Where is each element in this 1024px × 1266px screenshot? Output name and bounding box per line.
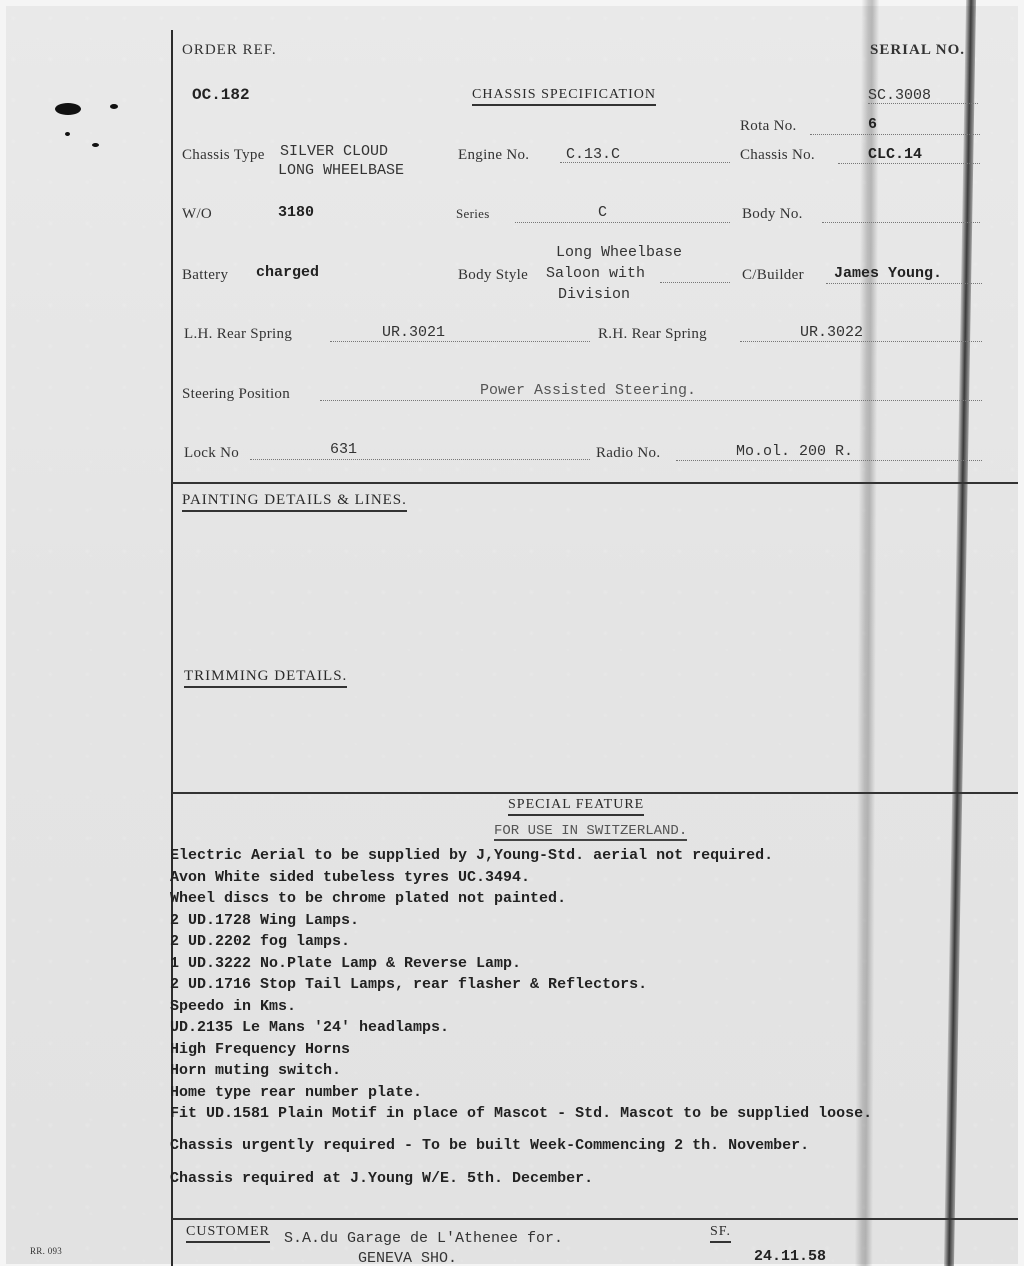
customer-value-2: GENEVA SHO. (358, 1250, 457, 1266)
customer-value-1: S.A.du Garage de L'Athenee for. (284, 1230, 563, 1247)
section-divider (172, 792, 1018, 794)
dotted-line (810, 134, 980, 135)
dotted-line (826, 283, 982, 284)
special-note: Chassis required at J.Young W/E. 5th. De… (170, 1168, 1010, 1190)
special-note: Chassis urgently required - To be built … (170, 1135, 1010, 1157)
c-builder-label: C/Builder (742, 267, 804, 284)
body-no-label: Body No. (742, 206, 803, 223)
special-line: 2 UD.1716 Stop Tail Lamps, rear flasher … (170, 974, 1010, 996)
dotted-line (320, 400, 982, 401)
battery-value: charged (256, 264, 319, 281)
rh-rear-spring-value: UR.3022 (800, 324, 863, 341)
painting-heading: PAINTING DETAILS & LINES. (182, 492, 407, 512)
special-line: 2 UD.2202 fog lamps. (170, 931, 1010, 953)
steering-position-label: Steering Position (182, 386, 290, 403)
trimming-heading: TRIMMING DETAILS. (184, 668, 347, 688)
ink-smudge (92, 143, 99, 147)
dotted-line (838, 163, 980, 164)
dotted-line (560, 162, 730, 163)
wo-value: 3180 (278, 204, 314, 221)
serial-value: SC.3008 (868, 87, 931, 104)
lock-no-label: Lock No (184, 445, 239, 462)
serial-label: SERIAL No. (870, 42, 965, 59)
body-style-value-2: Saloon with (546, 265, 645, 282)
special-feature-subheading: FOR USE IN SWITZERLAND. (494, 823, 687, 841)
chassis-type-label: Chassis Type (182, 147, 265, 164)
c-builder-value: James Young. (834, 265, 942, 282)
order-ref-label: ORDER REF. (182, 42, 277, 59)
rota-label: Rota No. (740, 118, 797, 135)
lock-no-value: 631 (330, 441, 357, 458)
dotted-line (868, 103, 978, 104)
series-value: C (598, 204, 607, 221)
rota-value: 6 (868, 116, 877, 133)
dotted-line (330, 341, 590, 342)
dotted-line (660, 282, 730, 283)
chassis-no-value: CLC.14 (868, 146, 922, 163)
ink-smudge (65, 132, 70, 136)
lh-rear-spring-value: UR.3021 (382, 324, 445, 341)
chassis-type-value-1: SILVER CLOUD (280, 143, 388, 160)
engine-no-value: C.13.C (566, 146, 620, 163)
special-line: 1 UD.3222 No.Plate Lamp & Reverse Lamp. (170, 953, 1010, 975)
date-value: 24.11.58 (754, 1248, 826, 1265)
rh-rear-spring-label: R.H. Rear Spring (598, 326, 707, 343)
section-divider (172, 482, 1018, 484)
body-style-value-3: Division (558, 286, 630, 303)
series-label: Series (456, 206, 490, 222)
dotted-line (676, 460, 982, 461)
special-line: Wheel discs to be chrome plated not pain… (170, 888, 1010, 910)
customer-label: CUSTOMER (186, 1224, 270, 1243)
body-style-value-1: Long Wheelbase (556, 244, 682, 261)
special-line: High Frequency Horns (170, 1039, 1010, 1061)
special-line: Speedo in Kms. (170, 996, 1010, 1018)
special-line: Avon White sided tubeless tyres UC.3494. (170, 867, 1010, 889)
battery-label: Battery (182, 267, 228, 284)
radio-no-label: Radio No. (596, 445, 660, 462)
dotted-line (250, 459, 590, 460)
dotted-line (740, 341, 982, 342)
special-line: UD.2135 Le Mans '24' headlamps. (170, 1017, 1010, 1039)
sf-label: SF. (710, 1224, 731, 1243)
radio-no-value: Mo.ol. 200 R. (736, 443, 853, 460)
special-line: Electric Aerial to be supplied by J,Youn… (170, 845, 1010, 867)
wo-label: W/O (182, 206, 212, 223)
page-title: CHASSIS SPECIFICATION (472, 87, 656, 106)
form-code: RR. 093 (30, 1246, 62, 1256)
order-ref-value: OC.182 (192, 86, 250, 104)
special-line: Horn muting switch. (170, 1060, 1010, 1082)
special-line: Fit UD.1581 Plain Motif in place of Masc… (170, 1103, 1010, 1125)
body-style-label: Body Style (458, 267, 528, 284)
lh-rear-spring-label: L.H. Rear Spring (184, 326, 292, 343)
chassis-no-label: Chassis No. (740, 147, 815, 164)
special-line: 2 UD.1728 Wing Lamps. (170, 910, 1010, 932)
dotted-line (822, 222, 980, 223)
section-divider (172, 1218, 1018, 1220)
engine-no-label: Engine No. (458, 147, 529, 164)
special-feature-heading: SPECIAL FEATURE (508, 797, 644, 816)
special-feature-list: Electric Aerial to be supplied by J,Youn… (170, 845, 1010, 1190)
steering-position-value: Power Assisted Steering. (480, 382, 696, 399)
ink-smudge (55, 103, 81, 115)
dotted-line (515, 222, 730, 223)
chassis-type-value-2: LONG WHEELBASE (278, 162, 404, 179)
ink-smudge (110, 104, 118, 109)
special-line: Home type rear number plate. (170, 1082, 1010, 1104)
